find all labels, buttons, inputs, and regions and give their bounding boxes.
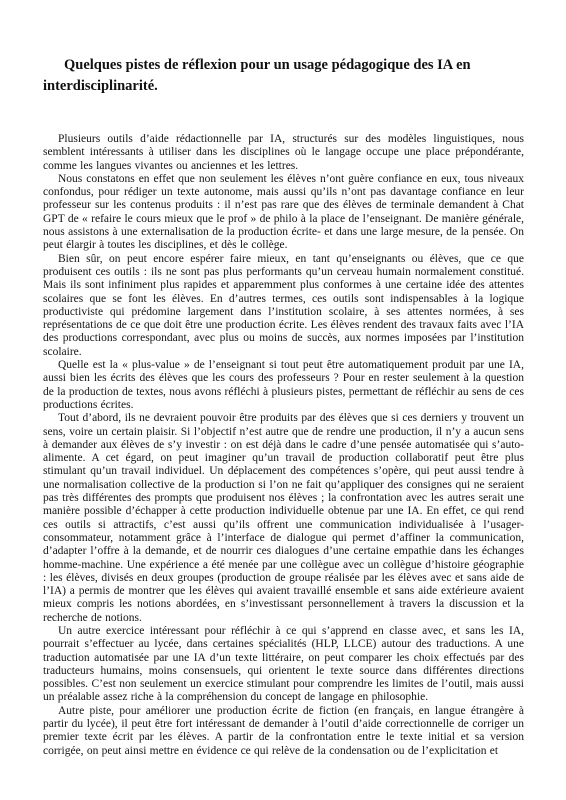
paragraph-piste-correction: Autre piste, pour améliorer une producti… <box>43 705 524 758</box>
document-title: Quelques pistes de réflexion pour un usa… <box>43 55 524 97</box>
paragraph-intro: Plusieurs outils d’aide rédactionnelle p… <box>43 133 524 173</box>
paragraph-plus-value: Quelle est la « plus-value » de l’enseig… <box>43 359 524 412</box>
paragraph-logique-productiviste: Bien sûr, on peut encore espérer faire m… <box>43 253 524 359</box>
paragraph-constat-confiance: Nous constatons en effet que non seuleme… <box>43 173 524 253</box>
document-body: Plusieurs outils d’aide rédactionnelle p… <box>43 133 524 758</box>
paragraph-exercice-traductions: Un autre exercice intéressant pour réflé… <box>43 625 524 705</box>
document-page: Quelques pistes de réflexion pour un usa… <box>0 0 566 800</box>
paragraph-pistes-production: Tout d’abord, ils ne devraient pouvoir ê… <box>43 412 524 625</box>
